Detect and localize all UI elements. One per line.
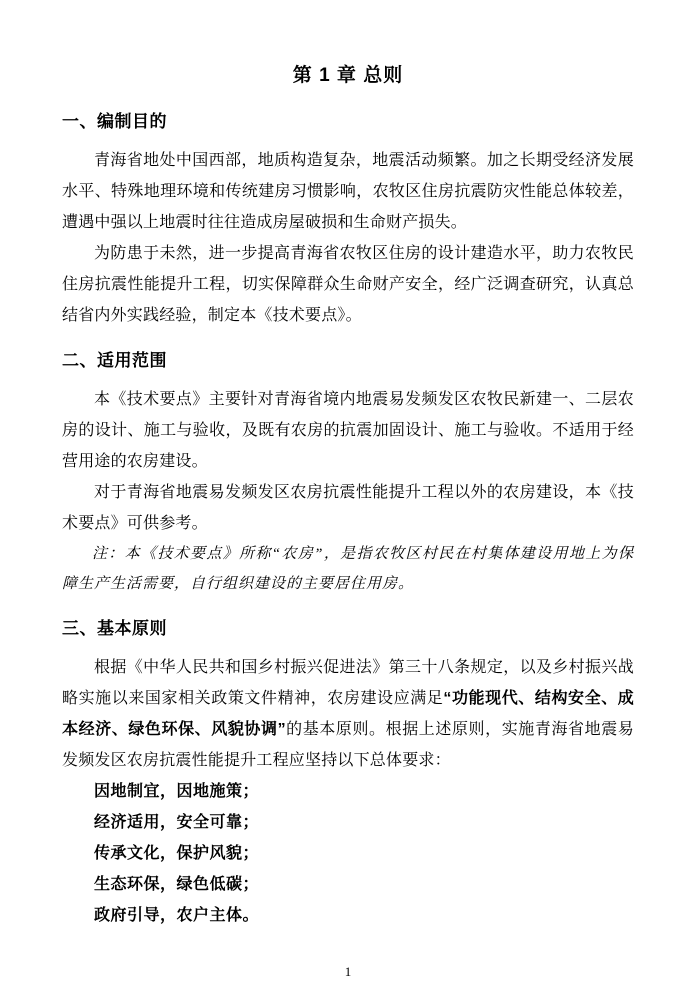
section-heading-scope: 二、适用范围 bbox=[62, 349, 634, 373]
page-number: 1 bbox=[0, 964, 696, 980]
requirement-item: 经济适用，安全可靠； bbox=[62, 807, 634, 838]
requirement-item: 因地制宜，因地施策； bbox=[62, 776, 634, 807]
paragraph: 青海省地处中国西部，地质构造复杂，地震活动频繁。加之长期受经济发展水平、特殊地理… bbox=[62, 145, 634, 238]
paragraph: 为防患于未然，进一步提高青海省农牧区住房的设计建造水平，助力农牧民住房抗震性能提… bbox=[62, 238, 634, 331]
section-heading-principles: 三、基本原则 bbox=[62, 617, 634, 641]
requirement-item: 政府引导，农户主体。 bbox=[62, 900, 634, 931]
paragraph: 根据《中华人民共和国乡村振兴促进法》第三十八条规定，以及乡村振兴战略实施以来国家… bbox=[62, 652, 634, 776]
chapter-title: 第 1 章 总则 bbox=[62, 62, 634, 90]
requirement-item: 生态环保，绿色低碳； bbox=[62, 869, 634, 900]
note-paragraph: 注：本《技术要点》所称“农房”，是指农牧区村民在村集体建设用地上为保障生产生活需… bbox=[62, 539, 634, 599]
paragraph: 本《技术要点》主要针对青海省境内地震易发频发区农牧民新建一、二层农房的设计、施工… bbox=[62, 384, 634, 477]
section-heading-purpose: 一、编制目的 bbox=[62, 110, 634, 134]
paragraph: 对于青海省地震易发频发区农房抗震性能提升工程以外的农房建设，本《技术要点》可供参… bbox=[62, 477, 634, 539]
requirement-item: 传承文化，保护风貌； bbox=[62, 838, 634, 869]
document-page: 第 1 章 总则 一、编制目的 青海省地处中国西部，地质构造复杂，地震活动频繁。… bbox=[0, 0, 696, 994]
